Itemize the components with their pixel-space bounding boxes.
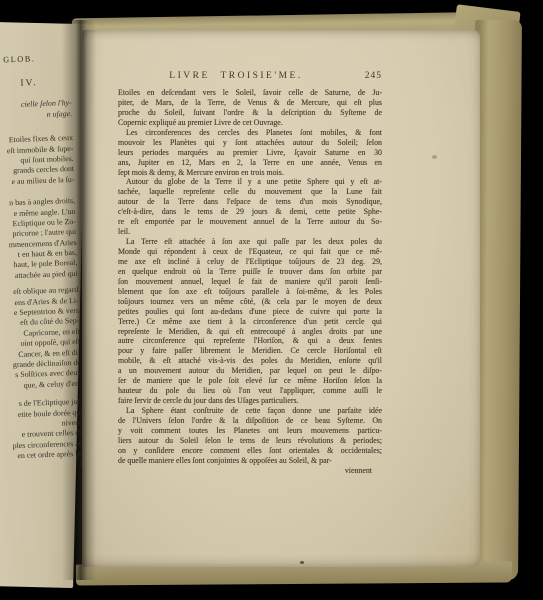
text-line: leil. bbox=[118, 227, 382, 237]
text-line: Etoiles en deſcendant vers le Soleil, ſa… bbox=[118, 88, 382, 98]
text-line: on y conſidere encore comment elles ſont… bbox=[118, 446, 382, 456]
text-line: toûjours tournez vers un même côté, (& c… bbox=[118, 297, 382, 307]
text-line: y voit comment toutes les Planetes ont l… bbox=[118, 426, 382, 436]
text-line: de l'Univers ſelon l'ordre & la diſpoſit… bbox=[118, 416, 382, 426]
running-title: LIVRE TROISIE'ME. bbox=[118, 71, 382, 81]
text-line: en quelque endroit où la Terre puiſſe ſe… bbox=[118, 267, 382, 277]
right-page: LIVRE TROISIE'ME. 245 Etoiles en deſcend… bbox=[82, 30, 480, 567]
text-line: Copernic expliqué au premier Livre de ce… bbox=[118, 118, 382, 128]
catchword: viennent bbox=[118, 466, 382, 476]
text-line: La Terre eſt attachée à ſon axe qui paſſ… bbox=[118, 237, 382, 247]
left-page-text-line: IV. bbox=[1, 76, 71, 90]
text-line: ans, Jupiter en 12, Mars en 2, la Terre … bbox=[118, 158, 382, 168]
photo-background: GLOB.IV.cielle ſelon l'hy-n uſage.Etoile… bbox=[0, 0, 543, 600]
page-text-column: Etoiles en deſcendant vers le Soleil, ſa… bbox=[118, 88, 382, 476]
left-page-text-line: n uſage. bbox=[2, 109, 72, 122]
left-page-fragments: GLOB.IV.cielle ſelon l'hy-n uſage.Etoile… bbox=[0, 53, 85, 472]
text-line: a un mouvement autour du Meridien, par l… bbox=[118, 366, 382, 376]
text-line: c'eſt-à-dire, dans le tems de 29 jours &… bbox=[118, 207, 382, 217]
text-line: faire ſervir de cercle du jour dans des … bbox=[118, 396, 382, 406]
text-line: mouvoir les Planètes qui y ſont attachée… bbox=[118, 138, 382, 148]
text-line: ſon mouvement annuel, lequel ſe fait de … bbox=[118, 277, 382, 287]
text-line: Monde qui répondent à ceux de l'Equateur… bbox=[118, 247, 382, 257]
left-page-text-line: attachée au pied qui bbox=[8, 269, 78, 282]
text-line: ſer de maniere que le pole ſoit elevé ſu… bbox=[118, 376, 382, 386]
text-line: mobile, & eſt attaché vis-à-vis des pole… bbox=[118, 356, 382, 366]
page-body: Etoiles en deſcendant vers le Soleil, ſa… bbox=[118, 88, 382, 466]
paper-speck bbox=[300, 561, 304, 564]
paper-speck bbox=[432, 155, 437, 159]
left-page-text-line: GLOB. bbox=[0, 53, 70, 66]
text-line: de quelle maniere elles ſont conjointes … bbox=[118, 456, 382, 466]
text-line: pour y faire paſſer librement le Meridie… bbox=[118, 346, 382, 356]
left-page-text-line: e au milieu de la ſu- bbox=[4, 175, 74, 188]
text-line: me axe eſt incliné à celuy de l'Ecliptiq… bbox=[118, 257, 382, 267]
text-line: Terre.) Ce même axe tient à la circonfer… bbox=[118, 317, 382, 327]
text-line: liers autour du Soleil ſelon le tems de … bbox=[118, 436, 382, 446]
page-number: 245 bbox=[365, 71, 382, 81]
text-line: re eſt emportée par le mouvement annuel … bbox=[118, 217, 382, 227]
text-line: autre circonference qui repreſente l'Hor… bbox=[118, 336, 382, 346]
text-line: piter, de Mars, de la Terre, de Venus & … bbox=[118, 98, 382, 108]
text-line: ſept mois & demy, & Mercure environ en t… bbox=[118, 168, 382, 178]
text-line: hauteur du pole du lieu où l'on veut l'a… bbox=[118, 386, 382, 396]
text-line: Les circonferences des cercles des Plane… bbox=[118, 128, 382, 138]
page-header: LIVRE TROISIE'ME. 245 bbox=[118, 71, 382, 83]
text-line: autour de la Terre dans l'eſpace de tems… bbox=[118, 197, 382, 207]
text-line: repreſente le Meridien, & qui eſt entrec… bbox=[118, 327, 382, 337]
text-line: Autour du globe de la Terre il y a une p… bbox=[118, 177, 382, 187]
text-line: proche du Soleil, ſuivant l'ordre & la d… bbox=[118, 108, 382, 118]
text-line: blement que ſon axe eſt toûjours paralle… bbox=[118, 287, 382, 297]
text-line: leurs periodes marquées au premier Livre… bbox=[118, 148, 382, 158]
text-line: tachée, laquelle repreſente celle du mou… bbox=[118, 187, 382, 197]
text-line: petites poulies qui ſont au-dedans d'une… bbox=[118, 307, 382, 317]
text-line: La Sphere étant conſtruite de cette faço… bbox=[118, 406, 382, 416]
